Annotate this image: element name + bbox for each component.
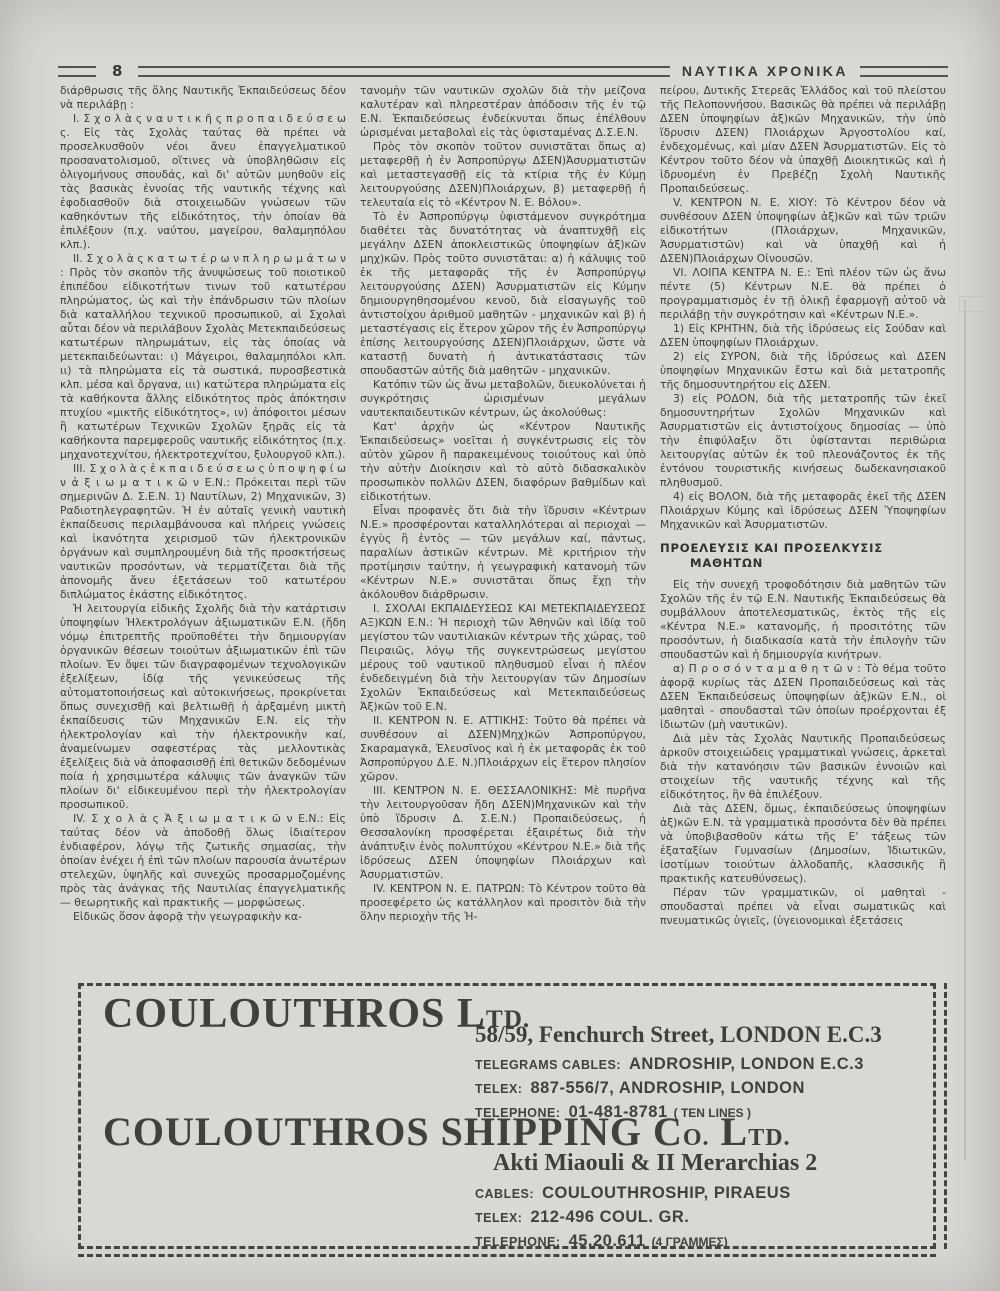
company2-contacts: CABLES:COULOUTHROSHIP, PIRAEUSTELEX:212-… — [475, 1182, 817, 1254]
paragraph: ΙΙ. Σ χ ο λ ὰ ς κ α τ ω τ έ ρ ω ν π λ η … — [60, 252, 346, 462]
paragraph: α) Π ρ ο σ ό ν τ α μ α θ η τ ῶ ν : Τὸ θέ… — [660, 662, 946, 732]
paragraph: Κατόπιν τῶν ὡς ἄνω μεταβολῶν, διευκολύνε… — [360, 378, 646, 420]
header-rule-right — [860, 66, 948, 77]
contact-value: ANDROSHIP, LONDON E.C.3 — [629, 1055, 864, 1073]
paragraph: Πέραν τῶν γραμματικῶν, οἱ μαθηταὶ - σπου… — [660, 886, 946, 928]
company1-address: 58/59, Fenchurch Street, LONDON E.C.3 — [475, 1022, 882, 1048]
paragraph: Πρὸς τὸν σκοπὸν τοῦτον συνιστᾶται ὅπως α… — [360, 140, 646, 210]
header-rule-middle — [138, 66, 669, 77]
page-number: 8 — [112, 62, 122, 80]
paragraph: V. ΚΕΝΤΡΟΝ Ν. Ε. ΧΙΟΥ: Τὸ Κέντρον δέον ν… — [660, 196, 946, 266]
paragraph: διάρθρωσις τῆς ὅλης Ναυτικῆς Ἐκπαιδεύσεω… — [60, 84, 346, 112]
company1-name: COULOUTHROS LTD. — [103, 990, 530, 1038]
paragraph: 2) εἰς ΣΥΡΟΝ, διὰ τῆς ἱδρύσεως καὶ ΔΣΕΝ … — [660, 350, 946, 392]
scan-mark-artifact — [959, 296, 984, 312]
paragraph: IV. Σ χ ο λ ὰ ς Ἀ ξ ι ω μ α τ ι κ ῶ ν Ε.… — [60, 812, 346, 910]
paragraph: τανομὴν τῶν ναυτικῶν σχολῶν διὰ τὴν μείζ… — [360, 84, 646, 140]
paragraph: Ι. ΣΧΟΛΑΙ ΕΚΠΑΙΔΕΥΣΕΩΣ ΚΑΙ ΜΕΤΕΚΠΑΙΔΕΥΣΕ… — [360, 602, 646, 714]
paragraph: Κατ' ἀρχὴν ὡς «Κέντρον Ναυτικῆς Ἐκπαιδεύ… — [360, 420, 646, 504]
paragraph: Εἶναι προφανὲς ὅτι διὰ τὴν ἵδρυσιν «Κέντ… — [360, 504, 646, 602]
contact-value: 887-556/7, ANDROSHIP, LONDON — [530, 1079, 804, 1097]
paragraph: ΙΙ. ΚΕΝΤΡΟΝ Ν. Ε. ΑΤΤΙΚΗΣ: Τοῦτο θὰ πρέπ… — [360, 714, 646, 784]
paragraph: IV. ΚΕΝΤΡΟΝ Ν. Ε. ΠΑΤΡΩΝ: Τὸ Κέντρον τοῦ… — [360, 882, 646, 924]
contact-label: CABLES: — [475, 1187, 534, 1201]
paragraph: Διὰ τὰς ΔΣΕΝ, ὅμως, ἐκπαιδεύσεως ὑποψηφί… — [660, 802, 946, 886]
paragraph: 4) εἰς ΒΟΛΟΝ, διὰ τῆς μεταφορᾶς ἐκεῖ τῆς… — [660, 490, 946, 532]
paragraph: Ἡ λειτουργία εἰδικῆς Σχολῆς διὰ τὴν κατά… — [60, 602, 346, 812]
text-column-1: διάρθρωσις τῆς ὅλης Ναυτικῆς Ἐκπαιδεύσεω… — [60, 84, 346, 986]
article-body: διάρθρωσις τῆς ὅλης Ναυτικῆς Ἐκπαιδεύσεω… — [60, 84, 948, 986]
text-column-2: τανομὴν τῶν ναυτικῶν σχολῶν διὰ τὴν μείζ… — [360, 84, 646, 986]
paragraph: Τὸ ἐν Ἀσπροπύργῳ ὑφιστάμενον συγκρότημα … — [360, 210, 646, 378]
paragraph: 3) εἰς ΡΟΔΟΝ, διὰ τῆς μετατροπῆς τῶν ἐκε… — [660, 392, 946, 490]
paragraph: Διὰ μὲν τὰς Σχολὰς Ναυτικῆς Προπαιδεύσεω… — [660, 732, 946, 802]
paragraph: πείρου, Δυτικῆς Στερεᾶς Ἑλλάδος καὶ τοῦ … — [660, 84, 946, 196]
contact-label: TELEX: — [475, 1082, 522, 1096]
paragraph: ΙΙΙ. Σ χ ο λ ὰ ς ἐ κ π α ι δ ε ύ σ ε ω ς… — [60, 462, 346, 602]
paragraph: Ι. Σ χ ο λ ὰ ς ν α υ τ ι κ ῆ ς π ρ ο π α… — [60, 112, 346, 252]
paragraph: VI. ΛΟΙΠΑ ΚΕΝΤΡΑ Ν. Ε.: Ἐπὶ πλέον τῶν ὡς… — [660, 266, 946, 322]
contact-line: TELEX:887-556/7, ANDROSHIP, LONDON — [475, 1077, 882, 1101]
paragraph: Εἰς τὴν συνεχῆ τροφοδότησιν διὰ μαθητῶν … — [660, 578, 946, 662]
contact-line: TELEGRAMS CABLES:ANDROSHIP, LONDON E.C.3 — [475, 1053, 882, 1077]
contact-label: TELEPHONE: — [475, 1235, 561, 1249]
contact-line: CABLES:COULOUTHROSHIP, PIRAEUS — [475, 1182, 817, 1206]
contact-value: 212-496 COUL. GR. — [530, 1208, 689, 1226]
contact-value: 45.20.611 — [569, 1232, 646, 1250]
paragraph: Εἰδικῶς ὅσον ἀφορᾷ τὴν γεωγραφικὴν κα- — [60, 910, 346, 924]
contact-label: TELEGRAMS CABLES: — [475, 1058, 621, 1072]
page-header: 8 ΝΑΥΤΙΚΑ ΧΡΟΝΙΚΑ — [58, 62, 948, 80]
magazine-page: 8 ΝΑΥΤΙΚΑ ΧΡΟΝΙΚΑ διάρθρωσις τῆς ὅλης Να… — [0, 0, 1000, 1291]
contact-label: TELEX: — [475, 1211, 522, 1225]
text-column-3: πείρου, Δυτικῆς Στερεᾶς Ἑλλάδος καὶ τοῦ … — [660, 84, 946, 986]
contact-line: TELEX:212-496 COUL. GR. — [475, 1206, 817, 1230]
company2-details: Akti Miaouli & II Merarchias 2 CABLES:CO… — [475, 1150, 817, 1254]
masthead-title: ΝΑΥΤΙΚΑ ΧΡΟΝΙΚΑ — [682, 63, 848, 79]
company2-name: COULOUTHROS SHIPPING CO. LTD. — [103, 1108, 791, 1155]
paragraph: 1) Εἰς ΚΡΗΤΗΝ, διὰ τῆς ἱδρύσεως εἰς Σούδ… — [660, 322, 946, 350]
advertisement: COULOUTHROS LTD. 58/59, Fenchurch Street… — [78, 983, 936, 1249]
contact-note: (4 ΓΡΑΜΜΕΣ) — [652, 1235, 728, 1249]
header-rule-left — [58, 66, 96, 77]
contact-value: COULOUTHROSHIP, PIRAEUS — [542, 1184, 791, 1202]
section-heading: ΠΡΟΕΛΕΥΣΙΣ ΚΑΙ ΠΡΟΣΕΛΚΥΣΙΣ ΜΑΘΗΤΩΝ — [660, 541, 946, 571]
scan-edge-artifact — [964, 300, 966, 1160]
company2-address: Akti Miaouli & II Merarchias 2 — [493, 1150, 817, 1177]
paragraph: ΙΙΙ. ΚΕΝΤΡΟΝ Ν. Ε. ΘΕΣΣΑΛΟΝΙΚΗΣ: Μὲ πυρῆ… — [360, 784, 646, 882]
contact-line: TELEPHONE:45.20.611(4 ΓΡΑΜΜΕΣ) — [475, 1230, 817, 1254]
